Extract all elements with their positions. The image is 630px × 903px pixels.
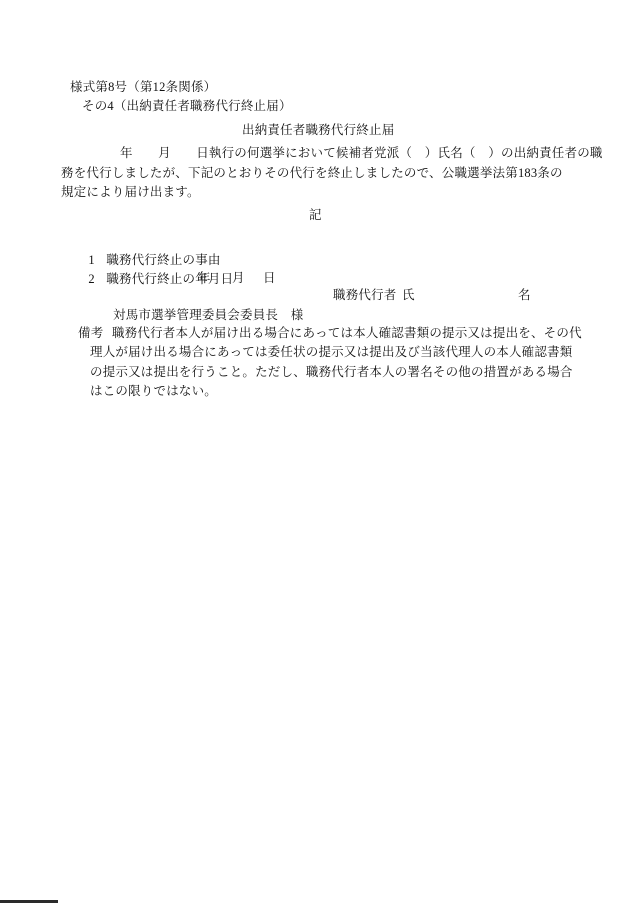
addressee: 対馬市選挙管理委員会委員長 様 bbox=[113, 305, 304, 325]
remarks-line-3: の提示又は提出を行うこと。ただし、職務代行者本人の署名その他の措置がある場合 bbox=[90, 362, 573, 382]
signer-name-first-char: 氏 bbox=[402, 285, 415, 305]
document-page: 様式第8号（第12条関係） その4（出納責任者職務代行終止届） 出納責任者職務代… bbox=[0, 0, 630, 903]
date-month-label: 月 bbox=[232, 268, 245, 288]
date-day-label: 日 bbox=[263, 268, 276, 288]
body-line-2: 務を代行しましたが、下記のとおりその代行を終止しましたので、公職選挙法第183条… bbox=[61, 163, 563, 183]
item-2-number: 2 bbox=[88, 269, 106, 289]
document-title: 出納責任者職務代行終止届 bbox=[242, 120, 394, 140]
signer-role-label: 職務代行者 bbox=[333, 285, 397, 305]
item-2-label: 職務代行終止の年月日 bbox=[106, 272, 233, 286]
remarks-line-1: 職務代行者本人が届け出る場合にあっては本人確認書類の提示又は提出を、その代 bbox=[112, 323, 582, 343]
notation-ki: 記 bbox=[309, 205, 322, 225]
form-subtitle: その4（出納責任者職務代行終止届） bbox=[82, 96, 292, 116]
remarks-line-2: 理人が届け出る場合にあっては委任状の提示又は提出及び当該代理人の本人確認書類 bbox=[90, 342, 572, 362]
body-line-1: 年 月 日執行の何選挙において候補者党派（ ）氏名（ ）の出納責任者の職 bbox=[120, 143, 603, 163]
signer-name-last-char: 名 bbox=[518, 285, 531, 305]
body-line-3: 規定により届け出ます。 bbox=[61, 182, 200, 202]
date-year-label: 年 bbox=[198, 268, 211, 288]
remarks-label: 備考 bbox=[78, 323, 103, 343]
form-number: 様式第8号（第12条関係） bbox=[70, 77, 216, 97]
remarks-line-4: はこの限りではない。 bbox=[90, 381, 217, 401]
